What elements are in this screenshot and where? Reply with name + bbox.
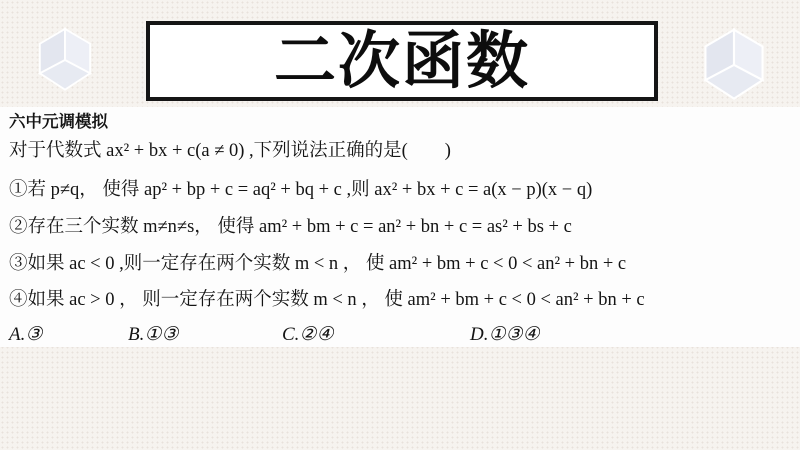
cube-icon [28, 22, 102, 98]
options-row: A.③ B.①③ C.②④ D.①③④ [0, 323, 800, 349]
problem-stem: 对于代数式 ax² + bx + c(a ≠ 0) ,下列说法正确的是( ) [9, 140, 795, 162]
statement-4: ④如果 ac > 0 ， 则一定存在两个实数 m < n ， 使 am² + b… [9, 289, 795, 311]
statement-2: ②存在三个实数 m≠n≠s， 使得 am² + bm + c = an² + b… [9, 216, 795, 238]
statement-1: ①若 p≠q， 使得 ap² + bp + c = aq² + bq + c ,… [9, 179, 795, 201]
problem-source: 六中元调模拟 [9, 112, 795, 132]
option-b: B.①③ [128, 323, 178, 346]
problem-panel: 六中元调模拟 对于代数式 ax² + bx + c(a ≠ 0) ,下列说法正确… [0, 107, 800, 347]
option-d: D.①③④ [470, 323, 540, 346]
statement-3: ③如果 ac < 0 ,则一定存在两个实数 m < n ， 使 am² + bm… [9, 253, 795, 275]
page-title: 二次函数 [274, 30, 530, 92]
title-box: 二次函数 [146, 21, 658, 101]
option-a: A.③ [9, 323, 42, 346]
cube-icon [692, 22, 776, 108]
slide: 二次函数 六中元调模拟 对于代数式 ax² + bx + c(a ≠ 0) ,下… [0, 0, 800, 450]
option-c: C.②④ [282, 323, 334, 346]
